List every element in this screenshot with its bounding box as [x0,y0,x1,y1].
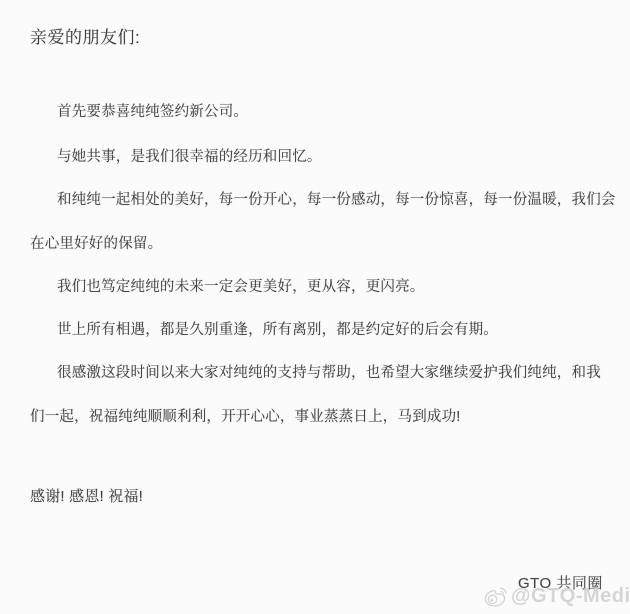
letter-line: 我们也笃定纯纯的未来一定会更美好，更从容，更闪亮。 [57,278,425,296]
letter-line: 首先要恭喜纯纯签约新公司。 [57,103,248,121]
letter-line: 在心里好好的保留。 [30,235,162,253]
letter-line: 和纯纯一起相处的美好，每一份开心，每一份感动，每一份惊喜，每一份温暖，我们会 [57,191,616,209]
letter-document: 亲爱的朋友们: 首先要恭喜纯纯签约新公司。 与她共事，是我们很幸福的经历和回忆。… [0,0,630,614]
letter-line: 们一起，祝福纯纯顺顺利利，开开心心，事业蒸蒸日上，马到成功! [30,408,461,426]
weibo-watermark: @GTQ-Media [482,583,630,610]
closing-line: 感谢! 感恩! 祝福! [30,488,143,507]
letter-line: 很感激这段时间以来大家对纯纯的支持与帮助，也希望大家继续爱护我们纯纯，和我 [57,364,601,382]
salutation: 亲爱的朋友们: [30,27,140,48]
letter-line: 世上所有相遇，都是久别重逢，所有离别，都是约定好的后会有期。 [57,321,498,339]
watermark-text: @GTQ-Media [511,585,630,608]
weibo-icon [482,583,509,610]
letter-line: 与她共事，是我们很幸福的经历和回忆。 [57,148,322,166]
